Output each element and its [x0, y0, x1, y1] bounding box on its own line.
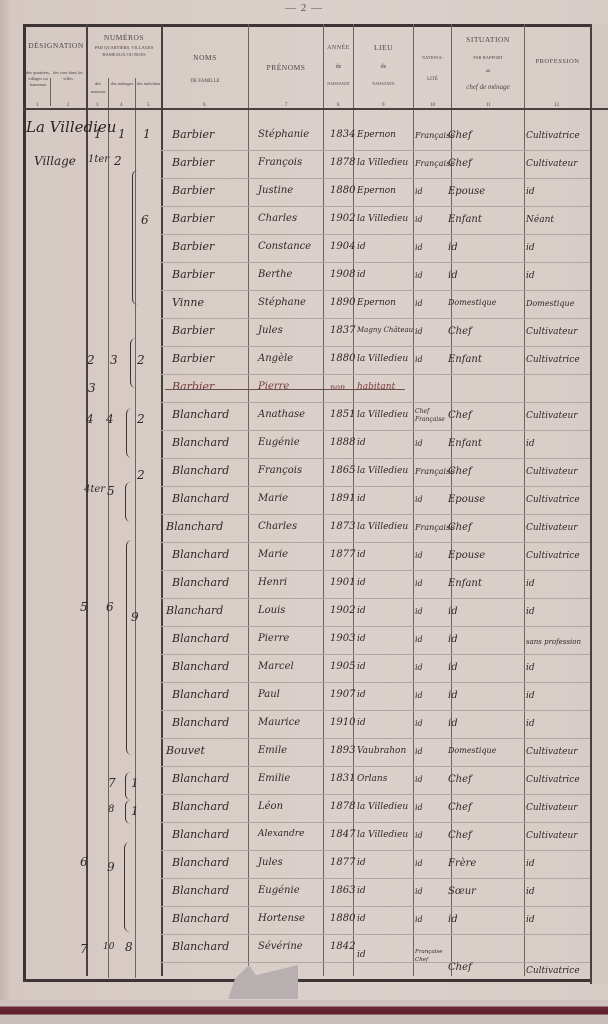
header-annee: ANNÉE	[324, 44, 353, 52]
cell-annee: 1878	[330, 801, 355, 812]
cell-annee: 1890	[330, 297, 355, 308]
cell-annee: 1878	[330, 157, 355, 168]
cell-nom: Blanchard	[172, 800, 229, 813]
individus-count: 1	[131, 804, 139, 818]
col-number: 3	[96, 103, 99, 108]
cell-nom: Barbier	[172, 212, 214, 225]
menage-number: 1	[118, 127, 126, 141]
menage-number: 7	[108, 776, 116, 790]
cell-profession: Cultivatrice	[526, 966, 580, 976]
col-divider	[161, 24, 163, 976]
menage-number: 8	[108, 804, 114, 815]
menage-number: 3	[110, 353, 118, 367]
cell-nom: Blanchard	[172, 464, 229, 477]
header-situation-au: au	[452, 68, 524, 76]
header-lieu-sub: NAISSANCE	[354, 80, 413, 88]
maison-number: 5	[80, 600, 88, 614]
cell-situation: id	[448, 606, 458, 617]
cell-annee: 1851	[330, 409, 355, 420]
col-divider	[50, 78, 51, 106]
cell-annee: 1877	[330, 549, 355, 560]
header-annee-sub: NAISSANCE	[324, 80, 353, 88]
cell-lieu: id	[357, 914, 366, 924]
cell-situation: Chef	[448, 410, 472, 421]
cell-prenom: Stéphanie	[258, 129, 309, 140]
cell-nom: Barbier	[172, 268, 214, 281]
cell-nom: Barbier	[172, 324, 214, 337]
cell-prenom: Anathase	[258, 409, 305, 420]
individus-count: 1	[143, 127, 151, 141]
cell-profession: id	[526, 691, 535, 701]
household-brace	[126, 408, 133, 458]
row-rule	[160, 150, 590, 151]
cell-profession: id	[526, 859, 535, 869]
cell-prenom: Charles	[258, 213, 297, 224]
cell-prenom: Pierre	[258, 633, 289, 644]
cell-lieu: Epernon	[357, 186, 396, 196]
cell-lieu: id	[357, 550, 366, 560]
strikethrough-line	[165, 389, 405, 390]
cell-nationalite: id	[415, 663, 423, 672]
cell-situation: Chef	[448, 802, 472, 813]
individus-count: 6	[141, 213, 149, 227]
cell-annee: 1847	[330, 829, 355, 840]
cell-situation: id	[448, 914, 458, 925]
cell-nationalite: id	[415, 439, 423, 448]
cell-annee: 1908	[330, 269, 355, 280]
cell-profession: Cultivateur	[526, 523, 578, 533]
cell-nom: Barbier	[172, 156, 214, 169]
header-prenoms: PRÉNOMS	[249, 64, 323, 72]
cell-situation: id	[448, 634, 458, 645]
cell-prenom: Maurice	[258, 717, 300, 728]
cell-prenom: Alexandre	[258, 829, 304, 839]
cell-lieu: id	[357, 718, 366, 728]
row-rule	[160, 738, 590, 739]
cell-nom: Blanchard	[172, 828, 229, 841]
row-rule	[160, 962, 590, 963]
cell-situation: Domestique	[448, 746, 496, 755]
cell-profession: Néant	[526, 215, 554, 225]
cell-lieu: habitant	[357, 382, 395, 392]
cell-prenom: François	[258, 465, 302, 476]
cell-nom: Barbier	[172, 128, 214, 141]
maison-number: 4ter	[84, 484, 105, 495]
cell-prenom: Marie	[258, 549, 288, 560]
maison-number: 7	[80, 942, 88, 956]
cell-nom: Barbier	[172, 240, 214, 253]
row-rule	[160, 682, 590, 683]
cell-lieu: la Villedieu	[357, 158, 408, 168]
cell-situation: id	[448, 242, 458, 253]
row-rule	[160, 234, 590, 235]
cell-profession: id	[526, 719, 535, 729]
cell-annee: 1902	[330, 213, 355, 224]
header-situation-sub: PAR RAPPORT	[452, 54, 524, 62]
header-noms-sub: DE FAMILLE	[162, 78, 248, 86]
header-lieu: LIEU	[354, 44, 413, 52]
cell-nationalite: id	[415, 691, 423, 700]
page-number: — 2 —	[0, 2, 608, 14]
cell-lieu: la Villedieu	[357, 214, 408, 224]
header-designation-sub1: des quartiers, villages ou hameaux	[26, 70, 50, 88]
cell-nationalite: id	[415, 327, 423, 336]
household-brace	[126, 540, 133, 755]
cell-situation: Epouse	[448, 494, 485, 505]
cell-annee: 1893	[330, 745, 355, 756]
header-individus: des individus	[136, 80, 161, 88]
cell-nationalite: id	[415, 887, 423, 896]
cell-situation: Enfant	[448, 354, 482, 365]
cell-annee: 1905	[330, 661, 355, 672]
cell-nationalite: id	[415, 915, 423, 924]
row-rule	[160, 318, 590, 319]
row-rule	[160, 514, 590, 515]
cell-nom: Vinne	[172, 296, 204, 309]
cell-situation: Frère	[448, 858, 476, 869]
cell-lieu: Epernon	[357, 130, 396, 140]
cell-lieu: la Villedieu	[357, 354, 408, 364]
cell-profession: Cultivatrice	[526, 355, 580, 365]
cell-lieu: Orlans	[357, 774, 387, 784]
row-rule	[160, 430, 590, 431]
cell-profession: Cultivateur	[526, 327, 578, 337]
row-rule	[160, 878, 590, 879]
row-rule	[160, 598, 590, 599]
household-brace	[132, 170, 139, 305]
col-number: 7	[285, 103, 288, 108]
cell-nationalite: id	[415, 719, 423, 728]
row-rule	[160, 766, 590, 767]
cell-nationalite: id	[415, 271, 423, 280]
cell-prenom: François	[258, 157, 302, 168]
cell-situation: Chef	[448, 962, 472, 973]
cell-profession: Cultivateur	[526, 411, 578, 421]
menage-number: 9	[107, 860, 115, 874]
individus-count: 2	[137, 468, 145, 482]
cell-profession: Cultivateur	[526, 747, 578, 757]
individus-count: 1	[131, 776, 139, 790]
cell-profession: id	[526, 439, 535, 449]
cell-nom: Blanchard	[172, 688, 229, 701]
cell-lieu: la Villedieu	[357, 410, 408, 420]
cell-nationalite: id	[415, 551, 423, 560]
cell-prenom: Eugénie	[258, 437, 300, 448]
cell-annee: 1907	[330, 689, 355, 700]
cell-situation: id	[448, 270, 458, 281]
cell-annee: 1865	[330, 465, 355, 476]
cell-nationalite: id	[415, 579, 423, 588]
header-menages: des ménages	[109, 80, 135, 88]
col-number: 10	[430, 103, 435, 108]
cell-nom: Blanchard	[172, 912, 229, 925]
cell-profession: id	[526, 271, 535, 281]
cell-lieu: Vaubrahon	[357, 746, 406, 756]
cell-nationalite: id	[415, 495, 423, 504]
header-nationalite-sub: LITÉ	[414, 76, 451, 84]
cell-lieu: id	[357, 690, 366, 700]
cell-profession: id	[526, 663, 535, 673]
cell-nom: Barbier	[172, 184, 214, 197]
cell-annee: 1904	[330, 241, 355, 252]
col-divider	[413, 24, 414, 976]
cell-nom: Blanchard	[172, 772, 229, 785]
individus-count: 2	[137, 412, 145, 426]
cell-lieu: id	[357, 494, 366, 504]
cell-prenom: Paul	[258, 689, 280, 700]
col-divider	[323, 24, 324, 976]
cell-lieu: la Villedieu	[357, 466, 408, 476]
cell-prenom: Sévérine	[258, 941, 303, 952]
cell-lieu: la Villedieu	[357, 522, 408, 532]
cell-lieu: id	[357, 662, 366, 672]
cell-prenom: Justine	[258, 185, 293, 196]
col-divider	[524, 24, 525, 976]
cell-profession: Cultivatrice	[526, 775, 580, 785]
household-brace	[130, 338, 137, 388]
row-rule	[160, 290, 590, 291]
header-bottom-rule	[23, 108, 608, 110]
row-rule	[160, 626, 590, 627]
cell-profession: id	[526, 915, 535, 925]
cell-profession: Cultivateur	[526, 803, 578, 813]
row-rule	[160, 178, 590, 179]
header-annee-de: de	[324, 63, 353, 71]
cell-annee: 1863	[330, 885, 355, 896]
cell-lieu: id	[357, 886, 366, 896]
col-number: 11	[486, 103, 491, 108]
cell-prenom: Constance	[258, 241, 311, 252]
cell-nationalite: id	[415, 747, 423, 756]
row-rule	[160, 850, 590, 851]
cell-prenom: Jules	[258, 325, 283, 336]
cell-profession: Cultivatrice	[526, 495, 580, 505]
col-divider	[248, 24, 249, 976]
cell-nom: Blanchard	[166, 520, 223, 533]
cell-annee: 1834	[330, 129, 355, 140]
header-noms: NOMS	[162, 54, 248, 62]
cell-situation: Chef	[448, 522, 472, 533]
cell-nom: Blanchard	[172, 716, 229, 729]
cell-nationalite: id	[415, 299, 423, 308]
cell-situation: Enfant	[448, 214, 482, 225]
cell-profession: Cultivateur	[526, 831, 578, 841]
cell-nom: Blanchard	[166, 604, 223, 617]
cell-situation: id	[448, 718, 458, 729]
menage-number: 4	[106, 412, 114, 426]
cell-nom: Blanchard	[172, 408, 229, 421]
cell-lieu: id	[357, 606, 366, 616]
locality-name: La Villedieu	[26, 118, 116, 136]
header-situation-chef: chef de ménage	[452, 83, 524, 91]
col-divider	[86, 24, 88, 976]
cell-profession: Cultivatrice	[526, 551, 580, 561]
cell-lieu: Epernon	[357, 298, 396, 308]
cell-nationalite: id	[415, 803, 423, 812]
row-rule	[160, 710, 590, 711]
cell-prenom: Berthe	[258, 269, 292, 280]
cell-situation: id	[448, 690, 458, 701]
row-rule	[160, 542, 590, 543]
cell-annee: 1831	[330, 773, 355, 784]
header-designation-sub2: des rues dans les villes	[51, 70, 85, 82]
menage-number: 5	[107, 484, 115, 498]
household-brace	[125, 482, 132, 522]
cell-nom: Blanchard	[172, 632, 229, 645]
cell-annee: 1910	[330, 717, 355, 728]
cell-profession: id	[526, 607, 535, 617]
cell-nom: Blanchard	[172, 940, 229, 953]
cell-nom: Blanchard	[172, 576, 229, 589]
row-rule	[160, 654, 590, 655]
col-divider	[108, 78, 109, 978]
cell-nom: Blanchard	[172, 548, 229, 561]
row-rule	[160, 906, 590, 907]
header-numeros: NUMÉROS	[88, 34, 160, 42]
cell-nationalite: id	[415, 831, 423, 840]
cell-nationalite: id	[415, 187, 423, 196]
cell-annee: 1901	[330, 577, 355, 588]
cell-annee: 1837	[330, 325, 355, 336]
cell-lieu: id	[357, 242, 366, 252]
maison-number: 3	[88, 381, 96, 395]
header-situation: SITUATION	[452, 36, 524, 44]
cell-prenom: Léon	[258, 801, 283, 812]
cell-nom: Blanchard	[172, 660, 229, 673]
cell-profession: Cultivateur	[526, 467, 578, 477]
cell-nationalite: id	[415, 635, 423, 644]
maison-number: 2	[87, 353, 95, 367]
cell-nationalite: Française Chef	[415, 948, 445, 964]
cell-situation: Sœur	[448, 886, 476, 897]
cell-situation: Domestique	[448, 298, 496, 307]
locality-type: Village	[34, 154, 76, 168]
household-brace	[124, 842, 131, 932]
cell-annee: 1902	[330, 605, 355, 616]
individus-count: 2	[137, 353, 145, 367]
census-page: — 2 — DÉSIGNATION des quartiers, village…	[0, 0, 608, 1000]
cell-lieu: id	[357, 858, 366, 868]
cell-prenom: Louis	[258, 605, 285, 616]
cell-nom: Barbier	[172, 352, 214, 365]
cell-situation: Enfant	[448, 438, 482, 449]
row-rule	[160, 262, 590, 263]
col-number: 9	[382, 103, 385, 108]
row-rule	[160, 458, 590, 459]
cell-annee: 1877	[330, 857, 355, 868]
book-binding-edge	[0, 1000, 608, 1024]
cell-nationalite: Chef Française	[415, 408, 449, 424]
col-number: 5	[147, 103, 150, 108]
header-maisons: des maisons	[88, 80, 108, 96]
cell-lieu: id	[357, 950, 366, 960]
menage-number: 6	[106, 600, 114, 614]
cell-lieu: Magny Château	[357, 326, 413, 334]
cell-prenom: Stéphane	[258, 297, 306, 308]
cell-situation: Epouse	[448, 550, 485, 561]
cell-annee: 1903	[330, 633, 355, 644]
cell-nationalite: id	[415, 859, 423, 868]
cell-situation: Chef	[448, 130, 472, 141]
cell-situation: Epouse	[448, 186, 485, 197]
menage-number: 2	[114, 154, 122, 168]
cell-profession: id	[526, 243, 535, 253]
cell-nationalite: id	[415, 243, 423, 252]
row-rule	[160, 206, 590, 207]
cell-lieu: id	[357, 578, 366, 588]
cell-profession: sans profession	[526, 638, 581, 646]
cell-lieu: la Villedieu	[357, 830, 408, 840]
cell-nom: Blanchard	[172, 492, 229, 505]
cell-situation: Chef	[448, 830, 472, 841]
menage-number: 10	[103, 942, 114, 952]
cell-nationalite: id	[415, 607, 423, 616]
row-rule	[160, 486, 590, 487]
cell-profession: Cultivatrice	[526, 131, 580, 141]
cell-annee: 1873	[330, 521, 355, 532]
cell-situation: Chef	[448, 158, 472, 169]
cell-prenom: Pierre	[258, 381, 289, 392]
cell-prenom: Emile	[258, 745, 287, 756]
cell-annee: 1842	[330, 941, 355, 952]
cell-annee: 1880	[330, 185, 355, 196]
cell-annee: 1880	[330, 353, 355, 364]
header-lieu-de: de	[354, 63, 413, 71]
maison-number: 1	[94, 127, 102, 141]
header-numeros-subtitle: PAR QUARTIERS, VILLAGES HAMEAUX OU RUES	[88, 44, 160, 58]
cell-prenom: Henri	[258, 577, 287, 588]
col-number: 1	[36, 103, 39, 108]
cell-prenom: Angèle	[258, 353, 293, 364]
cell-prenom: Eugénie	[258, 885, 300, 896]
cell-lieu: id	[357, 634, 366, 644]
cell-situation: Enfant	[448, 578, 482, 589]
cell-prenom: Jules	[258, 857, 283, 868]
cell-prenom: Hortense	[258, 913, 305, 924]
cell-annee: 1888	[330, 437, 355, 448]
row-rule	[160, 934, 590, 935]
cell-annee: 1891	[330, 493, 355, 504]
row-rule	[160, 374, 590, 375]
col-number: 8	[337, 103, 340, 108]
cell-nom: Bouvet	[166, 744, 205, 757]
right-margin-column	[590, 24, 608, 984]
maison-number: 1ter	[88, 154, 109, 165]
cell-prenom: Charles	[258, 521, 297, 532]
cell-annee: non	[330, 383, 345, 392]
household-brace	[125, 800, 132, 824]
cell-lieu: la Villedieu	[357, 802, 408, 812]
cell-annee: 1880	[330, 913, 355, 924]
row-rule	[160, 822, 590, 823]
header-nationalite: NATIONA-	[414, 54, 451, 62]
col-number: 4	[120, 103, 123, 108]
cell-nom: Blanchard	[172, 436, 229, 449]
cell-profession: Domestique	[526, 299, 574, 308]
cell-profession: Cultivateur	[526, 159, 578, 169]
cell-prenom: Emilie	[258, 773, 290, 784]
row-rule	[160, 346, 590, 347]
cell-nom: Barbier	[172, 380, 214, 393]
header-profession: PROFESSION	[525, 58, 590, 66]
cell-situation: Chef	[448, 326, 472, 337]
row-rule	[160, 570, 590, 571]
cell-nationalite: id	[415, 355, 423, 364]
col-number: 6	[203, 103, 206, 108]
cell-lieu: id	[357, 438, 366, 448]
maison-number: 4	[86, 412, 94, 426]
cell-nom: Blanchard	[172, 856, 229, 869]
